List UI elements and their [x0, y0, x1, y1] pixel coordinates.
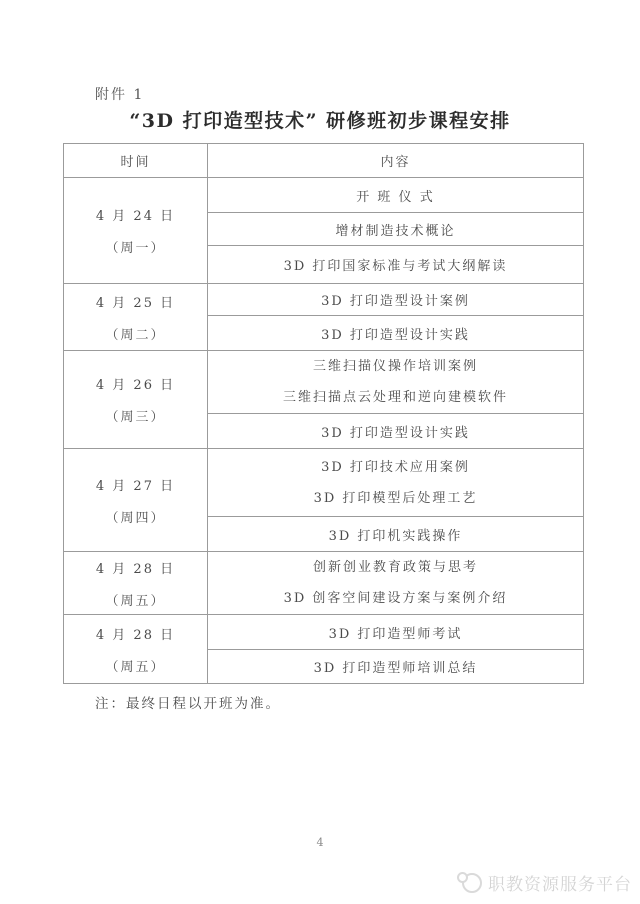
date-cell: 4 月 27 日 （周四）: [64, 449, 208, 552]
attachment-label: 附件 1: [95, 84, 144, 104]
date-label: 4 月 25 日: [64, 292, 207, 311]
date-cell: 4 月 26 日 （周三）: [64, 351, 208, 449]
weekday-label: （周四）: [64, 507, 207, 526]
schedule-table: 时间 内容 4 月 24 日 （周一） 开 班 仪 式 增材制造技术概论 3D …: [63, 143, 584, 684]
date-cell: 4 月 24 日 （周一）: [64, 178, 208, 284]
course-item: 3D 打印造型设计实践: [208, 414, 584, 449]
date-cell: 4 月 28 日 （周五）: [64, 552, 208, 615]
course-item: 3D 打印模型后处理工艺: [208, 483, 583, 514]
weekday-label: （周一）: [64, 237, 207, 256]
page-number: 4: [0, 836, 640, 849]
date-label: 4 月 27 日: [64, 475, 207, 494]
date-label: 4 月 24 日: [64, 205, 207, 224]
date-label: 4 月 26 日: [64, 374, 207, 393]
time-column-header: 时间: [64, 144, 208, 178]
course-item: 3D 打印造型师培训总结: [208, 650, 584, 684]
weekday-label: （周三）: [64, 406, 207, 425]
platform-footer: 职教资源服务平台: [462, 870, 632, 895]
course-item: 创新创业教育政策与思考: [208, 552, 583, 583]
course-item: 三维扫描仪操作培训案例: [208, 351, 583, 382]
course-item-group: 创新创业教育政策与思考 3D 创客空间建设方案与案例介绍: [208, 552, 584, 615]
date-cell: 4 月 25 日 （周二）: [64, 284, 208, 351]
content-column-header: 内容: [208, 144, 584, 178]
course-item: 3D 打印造型师考试: [208, 615, 584, 650]
footnote: 注：最终日程以开班为准。: [95, 692, 281, 712]
course-item: 开 班 仪 式: [208, 178, 584, 213]
course-item: 3D 创客空间建设方案与案例介绍: [208, 583, 583, 614]
course-item: 3D 打印机实践操作: [208, 517, 584, 552]
course-item-group: 三维扫描仪操作培训案例 三维扫描点云处理和逆向建模软件: [208, 351, 584, 414]
platform-name: 职教资源服务平台: [488, 870, 632, 895]
course-item: 增材制造技术概论: [208, 213, 584, 246]
course-item: 3D 打印国家标准与考试大纲解读: [208, 246, 584, 284]
course-item: 3D 打印造型设计实践: [208, 316, 584, 351]
weekday-label: （周二）: [64, 324, 207, 343]
platform-logo-icon: [462, 873, 482, 893]
document-page: 附件 1 “3D 打印造型技术” 研修班初步课程安排 时间 内容 4 月 24 …: [0, 0, 640, 904]
page-title: “3D 打印造型技术” 研修班初步课程安排: [0, 106, 640, 133]
date-label: 4 月 28 日: [64, 558, 207, 577]
course-item: 3D 打印造型设计案例: [208, 284, 584, 316]
weekday-label: （周五）: [64, 656, 207, 675]
course-item: 三维扫描点云处理和逆向建模软件: [208, 382, 583, 413]
course-item: 3D 打印技术应用案例: [208, 452, 583, 483]
course-item-group: 3D 打印技术应用案例 3D 打印模型后处理工艺: [208, 449, 584, 517]
weekday-label: （周五）: [64, 590, 207, 609]
date-cell: 4 月 28 日 （周五）: [64, 615, 208, 684]
date-label: 4 月 28 日: [64, 624, 207, 643]
